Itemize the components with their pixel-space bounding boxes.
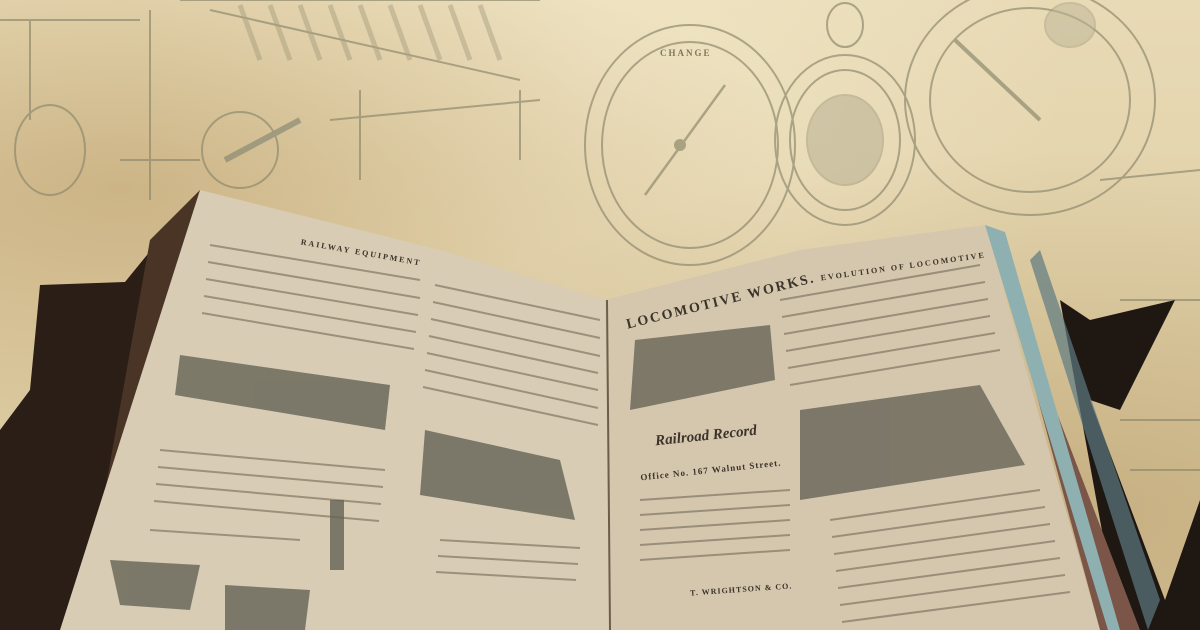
coal-car-engraving-icon — [110, 560, 200, 610]
open-book — [0, 0, 1200, 630]
barometer-change-label: CHANGE — [660, 48, 712, 58]
